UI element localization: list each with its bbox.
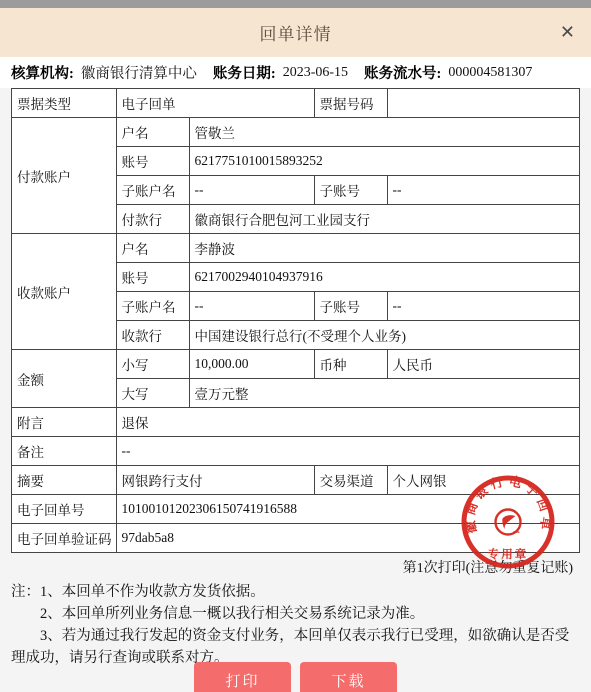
amount-lower-value: 10,000.00 [189, 350, 314, 379]
payer-subaccount-label: 子账号 [314, 176, 387, 205]
dialog-title: 回单详情 [260, 20, 332, 45]
account-date-value: 2023-06-15 [283, 65, 348, 81]
bill-no-label: 票据号码 [314, 89, 387, 118]
account-date-label: 账务日期: [213, 62, 276, 83]
payer-subname-value: -- [189, 176, 314, 205]
summary-label: 摘要 [12, 466, 117, 495]
payer-group-label: 付款账户 [12, 118, 117, 234]
receipt-table: 票据类型 电子回单 票据号码 付款账户 户名 管敬兰 账号 6217751010… [11, 88, 580, 553]
currency-value: 人民币 [387, 350, 579, 379]
payer-bank-value: 徽商银行合肥包河工业园支行 [189, 205, 579, 234]
channel-label: 交易渠道 [314, 466, 387, 495]
note-line-2: 2、本回单所列业务信息一概以我行相关交易系统记录为准。 [11, 603, 577, 625]
postscript-value: 退保 [116, 408, 579, 437]
receipt-content: 票据类型 电子回单 票据号码 付款账户 户名 管敬兰 账号 6217751010… [0, 88, 591, 553]
table-row: 电子回单号 10100101202306150741916588 [12, 495, 580, 524]
payer-account-value: 6217751010015893252 [189, 147, 579, 176]
payee-account-label: 账号 [116, 263, 189, 292]
payee-subaccount-label: 子账号 [314, 292, 387, 321]
channel-value: 个人网银 [387, 466, 579, 495]
dialog-header: 回单详情 ✕ [0, 8, 591, 57]
page-top-strip [0, 0, 591, 8]
bill-type-label: 票据类型 [12, 89, 117, 118]
payer-account-label: 账号 [116, 147, 189, 176]
verify-code-label: 电子回单验证码 [12, 524, 117, 553]
serial-no-label: 账务流水号: [364, 62, 441, 83]
bill-no-value [387, 89, 579, 118]
table-row: 备注 -- [12, 437, 580, 466]
amount-lower-label: 小写 [116, 350, 189, 379]
currency-label: 币种 [314, 350, 387, 379]
payer-subname-label: 子账户名 [116, 176, 189, 205]
payee-account-value: 6217002940104937916 [189, 263, 579, 292]
table-row: 摘要 网银跨行支付 交易渠道 个人网银 [12, 466, 580, 495]
payer-bank-label: 付款行 [116, 205, 189, 234]
amount-upper-label: 大写 [116, 379, 189, 408]
postscript-label: 附言 [12, 408, 117, 437]
receipt-no-value: 10100101202306150741916588 [116, 495, 579, 524]
table-row: 票据类型 电子回单 票据号码 [12, 89, 580, 118]
receipt-no-label: 电子回单号 [12, 495, 117, 524]
amount-group-label: 金额 [12, 350, 117, 408]
payer-subaccount-value: -- [387, 176, 579, 205]
verify-code-value: 97dab5a8 [116, 524, 579, 553]
payee-bank-value: 中国建设银行总行(不受理个人业务) [189, 321, 579, 350]
payee-name-value: 李静波 [189, 234, 579, 263]
summary-value: 网银跨行支付 [116, 466, 314, 495]
table-row: 付款账户 户名 管敬兰 [12, 118, 580, 147]
accounting-org-value: 徽商银行清算中心 [81, 62, 197, 83]
table-row: 附言 退保 [12, 408, 580, 437]
action-button-row: 打印 下载 [0, 662, 591, 692]
print-button[interactable]: 打印 [194, 662, 291, 692]
serial-no-value: 000004581307 [448, 65, 532, 81]
payee-subname-value: -- [189, 292, 314, 321]
remark-value: -- [116, 437, 579, 466]
payee-bank-label: 收款行 [116, 321, 189, 350]
footnotes: 注：1、本回单不作为收款方发货依据。 2、本回单所列业务信息一概以我行相关交易系… [0, 577, 591, 669]
table-row: 收款账户 户名 李静波 [12, 234, 580, 263]
note-line-1: 注：1、本回单不作为收款方发货依据。 [11, 581, 577, 603]
accounting-org-label: 核算机构: [11, 62, 74, 83]
remark-label: 备注 [12, 437, 117, 466]
payee-subname-label: 子账户名 [116, 292, 189, 321]
table-row: 电子回单验证码 97dab5a8 [12, 524, 580, 553]
print-count-notice: 第1次打印(注意勿重复记账) [11, 553, 573, 577]
bill-type-value: 电子回单 [116, 89, 314, 118]
account-info-bar: 核算机构: 徽商银行清算中心 账务日期: 2023-06-15 账务流水号: 0… [0, 57, 591, 88]
table-row: 金额 小写 10,000.00 币种 人民币 [12, 350, 580, 379]
payee-name-label: 户名 [116, 234, 189, 263]
close-icon[interactable]: ✕ [560, 24, 575, 42]
amount-upper-value: 壹万元整 [189, 379, 579, 408]
download-button[interactable]: 下载 [300, 662, 397, 692]
payee-group-label: 收款账户 [12, 234, 117, 350]
payer-name-value: 管敬兰 [189, 118, 579, 147]
payer-name-label: 户名 [116, 118, 189, 147]
payee-subaccount-value: -- [387, 292, 579, 321]
